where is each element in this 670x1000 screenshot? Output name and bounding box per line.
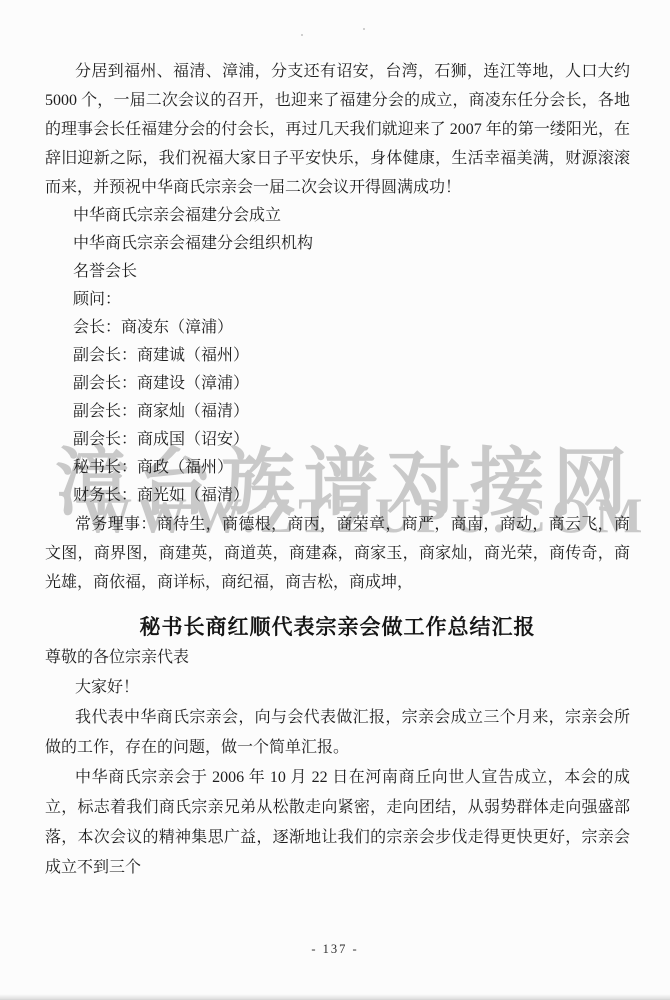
document-page: 漳台族谱对接网 WWW.ZTZUPU.COM 分居到福州、福清、漳浦，分支还有诏…: [0, 0, 670, 1000]
salutation-line: 尊敬的各位宗亲代表: [45, 643, 630, 673]
organization-list: 中华商氏宗亲会福建分会成立 中华商氏宗亲会福建分会组织机构 名誉会长 顾问： 会…: [45, 202, 630, 510]
org-line-honorary-president: 名誉会长: [45, 258, 630, 286]
org-line-branch-founding: 中华商氏宗亲会福建分会成立: [45, 202, 630, 230]
report-body-paragraph: 中华商氏宗亲会于 2006 年 10 月 22 日在河南商丘向世人宣告成立，本会…: [45, 763, 630, 883]
document-content: 分居到福州、福清、漳浦，分支还有诏安，台湾，石狮，连江等地，人口大约 5000 …: [0, 0, 670, 883]
org-line-secretary-general: 秘书长：商政（福州）: [45, 454, 630, 482]
org-line-president: 会长：商凌东（漳浦）: [45, 314, 630, 342]
org-line-vice-president-2: 副会长：商建设（漳浦）: [45, 370, 630, 398]
org-line-treasurer: 财务长：商光如（福清）: [45, 482, 630, 510]
directors-paragraph: 常务理事：商待生，商德根，商丙，商荣章，商严，商南，商动，商云飞，商文图，商界图…: [45, 510, 630, 597]
greeting-line: 大家好！: [45, 673, 630, 703]
intro-paragraph: 分居到福州、福清、漳浦，分支还有诏安，台湾，石狮，连江等地，人口大约 5000 …: [45, 57, 630, 202]
org-line-advisor: 顾问：: [45, 286, 630, 314]
section-heading: 秘书长商红顺代表宗亲会做工作总结汇报: [45, 613, 630, 643]
org-line-vice-president-3: 副会长：商家灿（福清）: [45, 398, 630, 426]
report-intro-paragraph: 我代表中华商氏宗亲会，向与会代表做汇报，宗亲会成立三个月来，宗亲会所做的工作，存…: [45, 703, 630, 763]
org-line-vice-president-4: 副会长：商成国（诏安）: [45, 426, 630, 454]
org-line-vice-president-1: 副会长：商建诚（福州）: [45, 342, 630, 370]
scan-bottom-shadow: [0, 994, 670, 1000]
page-number: - 137 -: [0, 942, 670, 957]
org-line-branch-structure: 中华商氏宗亲会福建分会组织机构: [45, 230, 630, 258]
